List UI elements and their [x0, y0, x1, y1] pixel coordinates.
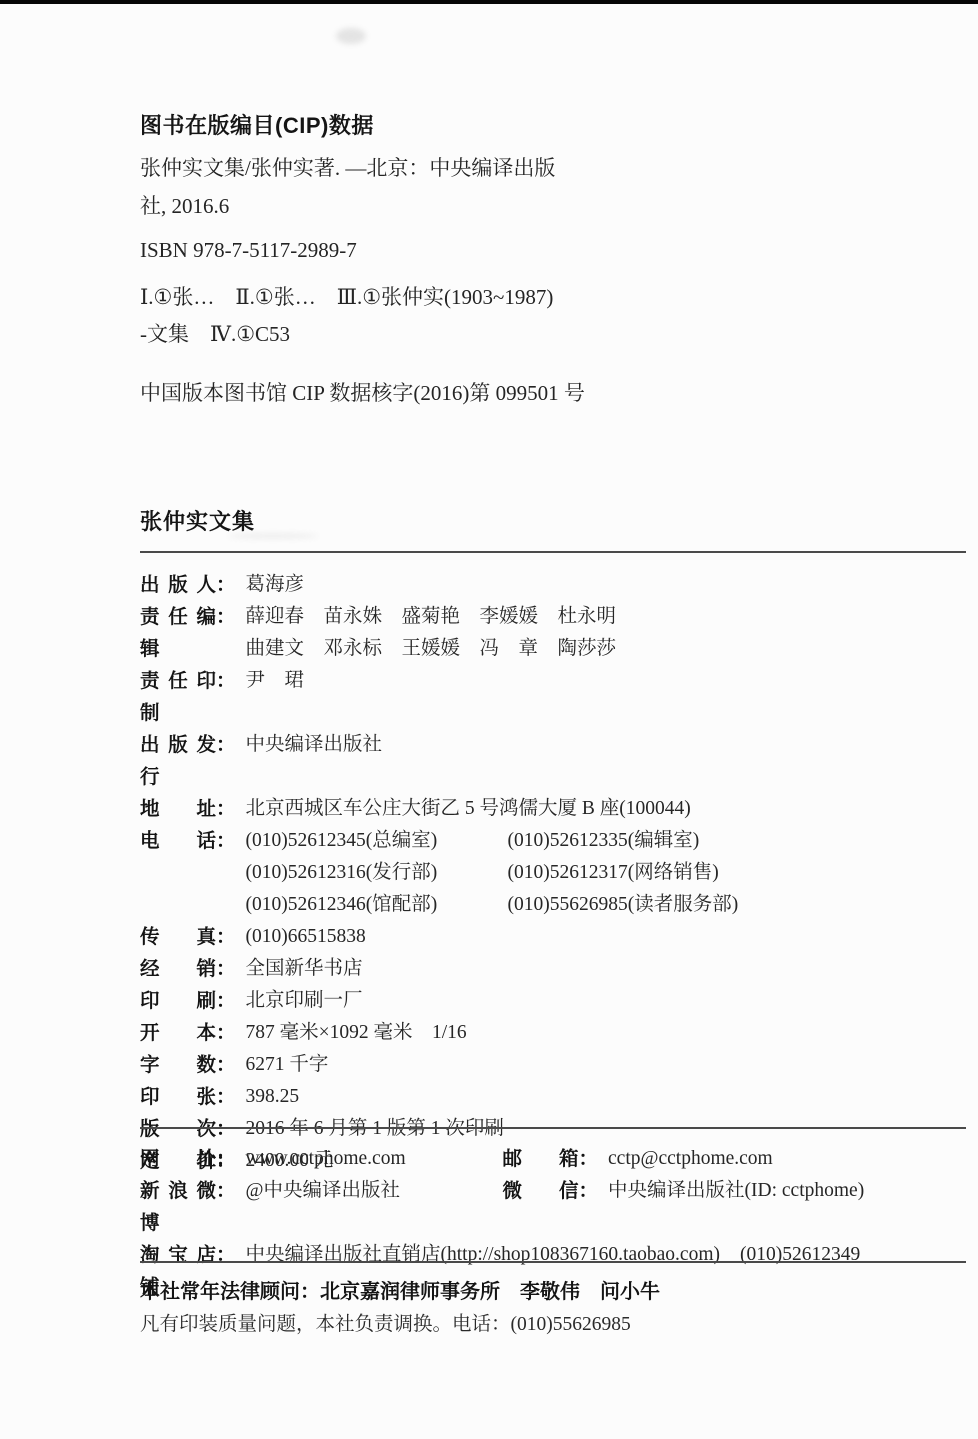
divider-rule-bottom [140, 1261, 966, 1263]
colon: ： [216, 601, 236, 633]
phone-grid-row: (010)52612346(馆配部)(010)55626985(读者服务部) [246, 889, 739, 921]
colon: ： [216, 921, 236, 953]
printing-row: 印刷： 北京印刷一厂 [140, 985, 738, 1017]
word-count-row: 字数： 6271 千字 [140, 1049, 738, 1081]
editors-line2: 曲建文 邓永标 王媛媛 冯 章 陶莎莎 [246, 633, 617, 665]
phone-value: (010)52612316(发行部) [246, 857, 508, 889]
colon: ： [216, 1017, 236, 1049]
phone-label: 电话 [140, 825, 216, 857]
cip-description: 张仲实文集/张仲实著. —北京：中央编译出版 社, 2016.6 [140, 149, 585, 225]
copyright-page: 图书在版编目(CIP)数据 张仲实文集/张仲实著. —北京：中央编译出版 社, … [0, 0, 978, 1439]
isbn: ISBN 978-7-5117-2989-7 [140, 231, 585, 269]
email-label: 邮箱 [503, 1143, 579, 1175]
weibo-value: @中央编译出版社 [246, 1175, 503, 1207]
printing-label: 印刷 [140, 985, 216, 1017]
format-value: 787 毫米×1092 毫米 1/16 [246, 1017, 467, 1049]
divider-rule-top [140, 551, 966, 553]
weibo-wechat-row: 新浪微博： @中央编译出版社 微信： 中央编译出版社(ID: cctphome) [140, 1175, 864, 1239]
colon: ： [216, 1081, 236, 1113]
print-editor-row: 责任印制： 尹 珺 [140, 665, 738, 729]
edition-value: 2016 年 6 月第 1 版第 1 次印刷 [246, 1113, 504, 1145]
phone-value: (010)52612346(馆配部) [246, 889, 508, 921]
format-label: 开本 [140, 1017, 216, 1049]
colon: ： [216, 1113, 236, 1145]
fax-value: (010)66515838 [246, 921, 366, 953]
taobao-value: 中央编译出版社直销店(http://shop108367160.taobao.c… [246, 1239, 720, 1271]
colon: ： [216, 665, 236, 697]
publisher-house-value: 中央编译出版社 [246, 729, 383, 761]
taobao-phone: (010)52612349 [740, 1239, 860, 1271]
word-count-value: 6271 千字 [246, 1049, 329, 1081]
cip-classification-line2: -文集 Ⅳ.①C53 [140, 316, 585, 353]
editors-row: 责任编辑： 薛迎春 苗永姝 盛菊艳 李媛媛 杜永明 曲建文 邓永标 王媛媛 冯 … [140, 601, 738, 665]
cip-description-line2: 社, 2016.6 [140, 187, 585, 225]
scan-smudge [336, 28, 366, 44]
colon: ： [216, 953, 236, 985]
quality-notice-line: 凡有印装质量问题，本社负责调换。电话：(010)55626985 [140, 1310, 631, 1340]
publisher-house-row: 出版发行： 中央编译出版社 [140, 729, 738, 793]
phone-value: (010)52612335(编辑室) [508, 830, 700, 851]
phone-value: (010)52612345(总编室) [246, 825, 508, 857]
edition-row: 版次： 2016 年 6 月第 1 版第 1 次印刷 [140, 1113, 738, 1145]
edition-label: 版次 [140, 1113, 216, 1145]
printing-value: 北京印刷一厂 [246, 985, 363, 1017]
colon: ： [216, 1049, 236, 1081]
phone-grid-row: (010)52612316(发行部)(010)52612317(网络销售) [246, 857, 739, 889]
colon: ： [579, 1143, 599, 1175]
colon: ： [216, 825, 236, 857]
colon: ： [216, 793, 236, 825]
phone-grid-row: (010)52612345(总编室)(010)52612335(编辑室) [246, 825, 739, 857]
cip-classification-line1: Ⅰ.①张… Ⅱ.①张… Ⅲ.①张仲实(1903~1987) [140, 279, 585, 316]
print-editor-label: 责任印制 [140, 665, 216, 729]
legal-counsel-line: 本社常年法律顾问：北京嘉润律师事务所 李敬伟 问小牛 [140, 1277, 660, 1307]
publisher-label: 出版人 [140, 569, 216, 601]
phone-grid: (010)52612345(总编室)(010)52612335(编辑室) (01… [246, 825, 739, 921]
distribution-value: 全国新华书店 [246, 953, 363, 985]
website-email-row: 网址： www.cctphome.com 邮箱： cctp@cctphome.c… [140, 1143, 864, 1175]
fax-label: 传真 [140, 921, 216, 953]
distribution-row: 经销： 全国新华书店 [140, 953, 738, 985]
cip-record-number: 中国版本图书馆 CIP 数据核字(2016)第 099501 号 [140, 374, 585, 412]
word-count-label: 字数 [140, 1049, 216, 1081]
address-row: 地址： 北京西城区车公庄大街乙 5 号鸿儒大厦 B 座(100044) [140, 793, 738, 825]
wechat-label: 微信 [503, 1175, 579, 1207]
email-value: cctp@cctphome.com [608, 1143, 773, 1175]
colon: ： [216, 1175, 236, 1207]
editors-value: 薛迎春 苗永姝 盛菊艳 李媛媛 杜永明 曲建文 邓永标 王媛媛 冯 章 陶莎莎 [246, 601, 617, 665]
scan-edge-artifact [0, 0, 978, 4]
colon: ： [216, 1239, 236, 1271]
sheets-label: 印张 [140, 1081, 216, 1113]
phone-value: (010)52612317(网络销售) [508, 862, 719, 883]
colon: ： [216, 569, 236, 601]
distribution-label: 经销 [140, 953, 216, 985]
phone-rows: 电话： (010)52612345(总编室)(010)52612335(编辑室)… [140, 825, 738, 921]
colon: ： [579, 1175, 599, 1207]
cip-block: 图书在版编目(CIP)数据 张仲实文集/张仲实著. —北京：中央编译出版 社, … [140, 112, 585, 412]
format-row: 开本： 787 毫米×1092 毫米 1/16 [140, 1017, 738, 1049]
sheets-row: 印张： 398.25 [140, 1081, 738, 1113]
colophon: 出版人： 葛海彦 责任编辑： 薛迎春 苗永姝 盛菊艳 李媛媛 杜永明 曲建文 邓… [140, 569, 738, 1177]
cip-description-line1: 张仲实文集/张仲实著. —北京：中央编译出版 [140, 149, 585, 187]
colon: ： [216, 985, 236, 1017]
colon: ： [216, 729, 236, 761]
weibo-label: 新浪微博 [140, 1175, 216, 1239]
cip-classification: Ⅰ.①张… Ⅱ.①张… Ⅲ.①张仲实(1903~1987) -文集 Ⅳ.①C53 [140, 279, 585, 353]
publisher-value: 葛海彦 [246, 569, 305, 601]
divider-rule-middle [140, 1127, 966, 1129]
sheets-value: 398.25 [246, 1081, 300, 1113]
address-value: 北京西城区车公庄大街乙 5 号鸿儒大厦 B 座(100044) [246, 793, 691, 825]
book-title: 张仲实文集 [140, 505, 255, 536]
print-editor-value: 尹 珺 [246, 665, 305, 697]
phone-value: (010)55626985(读者服务部) [508, 894, 739, 915]
address-label: 地址 [140, 793, 216, 825]
publisher-house-label: 出版发行 [140, 729, 216, 793]
colon: ： [216, 1143, 236, 1175]
editors-label: 责任编辑 [140, 601, 216, 665]
publisher-row: 出版人： 葛海彦 [140, 569, 738, 601]
website-label: 网址 [140, 1143, 216, 1175]
editors-line1: 薛迎春 苗永姝 盛菊艳 李媛媛 杜永明 [246, 601, 617, 633]
cip-header: 图书在版编目(CIP)数据 [140, 112, 585, 140]
wechat-value: 中央编译出版社(ID: cctphome) [608, 1175, 864, 1207]
fax-row: 传真： (010)66515838 [140, 921, 738, 953]
website-value: www.cctphome.com [246, 1143, 503, 1175]
